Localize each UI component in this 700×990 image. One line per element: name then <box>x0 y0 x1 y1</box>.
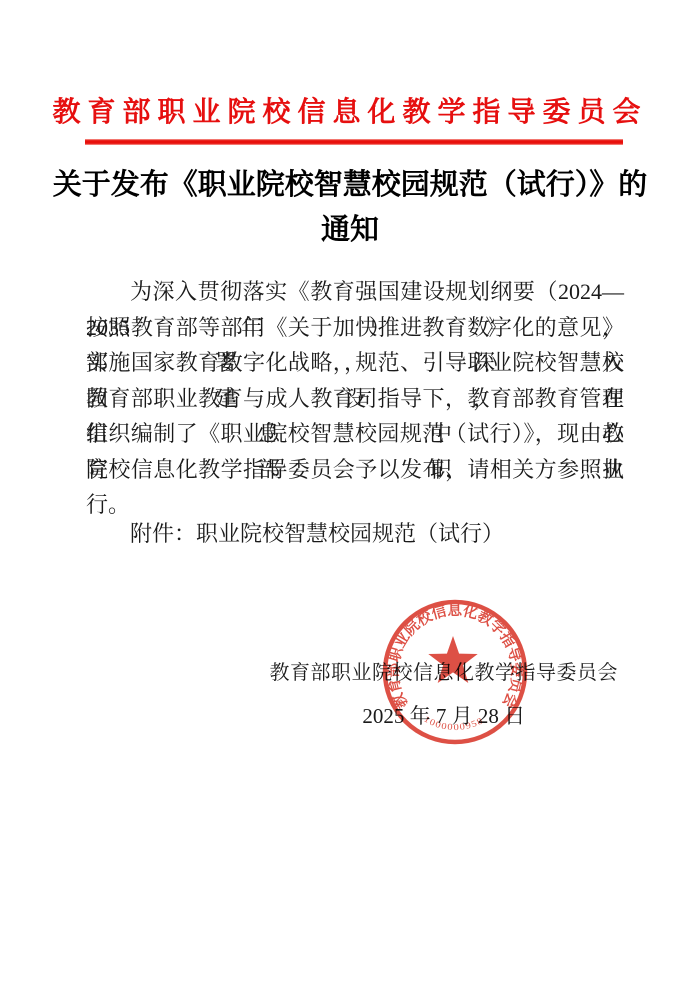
body-line: 教育部职业教育与成人教育司指导下，教育部教育管理信息中心 <box>86 381 624 417</box>
document-page: 教育部职业院校信息化教学指导委员会 关于发布《职业院校智慧校园规范（试行）》的 … <box>0 0 700 990</box>
body-line: 组织编制了《职业院校智慧校园规范（试行）》，现由教育部职业 <box>86 416 624 452</box>
body-line: 院校信息化教学指导委员会予以发布，请相关方参照执行。 <box>86 452 624 488</box>
attachment-line: 附件：职业院校智慧校园规范（试行） <box>130 517 504 548</box>
signature-block: 教育部职业院校信息化教学指导委员会 2025 年 7 月 28 日 <box>270 660 619 730</box>
body-line: 为深入贯彻落实《教育强国建设规划纲要（2024—2035 年）》， <box>86 274 624 310</box>
document-title-line1: 关于发布《职业院校智慧校园规范（试行）》的 <box>40 163 660 208</box>
signature-date: 2025 年 7 月 28 日 <box>270 700 619 730</box>
signature-org-name: 教育部职业院校信息化教学指导委员会 <box>270 660 619 686</box>
body-line: 按照教育部等部门《关于加快推进教育数字化的意见》部署，深入 <box>86 310 624 346</box>
document-title: 关于发布《职业院校智慧校园规范（试行）》的 通知 <box>40 163 660 253</box>
letterhead-org-title: 教育部职业院校信息化教学指导委员会 <box>0 90 700 130</box>
body-line: 实施国家教育数字化战略，规范、引导职业院校智慧校园建设，在 <box>86 345 624 381</box>
body-paragraph: 为深入贯彻落实《教育强国建设规划纲要（2024—2035 年）》， 按照教育部等… <box>86 274 624 487</box>
letterhead-divider-rule <box>85 139 623 145</box>
document-title-line2: 通知 <box>40 208 660 253</box>
